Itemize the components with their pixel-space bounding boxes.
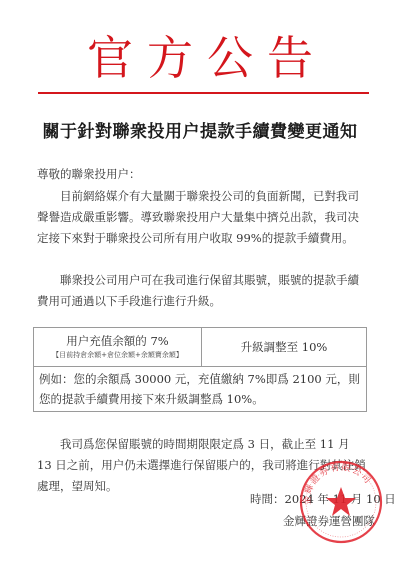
upgrade-result-cell: 升級調整至 10% — [202, 328, 367, 367]
salutation: 尊敬的聯衆投用户： — [37, 164, 367, 185]
paragraph-account-retention: 聯衆投公司用户可在我司進行保留其賬號，賬號的提款手續費用可通過以下手段進行進行升… — [37, 270, 367, 312]
company-seal-icon: 金輝證券有限公司 — [298, 459, 384, 545]
red-divider — [38, 92, 369, 94]
announcement-header-title: 官方公告 — [0, 30, 400, 86]
example-cell: 例如：您的余額爲 30000 元，充值繳納 7%即爲 2100 元，則您的提款手… — [34, 367, 367, 412]
table-row: 例如：您的余額爲 30000 元，充值繳納 7%即爲 2100 元，則您的提款手… — [34, 367, 367, 412]
table-row: 用户充值余額的 7% 【目前持倉余額+倉位余額+余額寶余額】 升級調整至 10% — [34, 328, 367, 367]
fee-upgrade-table: 用户充值余額的 7% 【目前持倉余額+倉位余額+余額寶余額】 升級調整至 10%… — [33, 327, 367, 412]
paragraph-negative-news: 目前網絡媒介有大量關于聯衆投公司的負面新聞，已對我司聲譽造成嚴重影響。導致聯衆投… — [37, 186, 367, 249]
document-title: 關于針對聯衆投用户提款手續費變更通知 — [0, 117, 400, 142]
deposit-requirement-cell: 用户充值余額的 7% 【目前持倉余額+倉位余額+余額寶余額】 — [34, 328, 202, 367]
balance-composition-note: 【目前持倉余額+倉位余額+余額寶余額】 — [34, 349, 201, 361]
deposit-requirement-text: 用户充值余額的 7% — [34, 333, 201, 349]
